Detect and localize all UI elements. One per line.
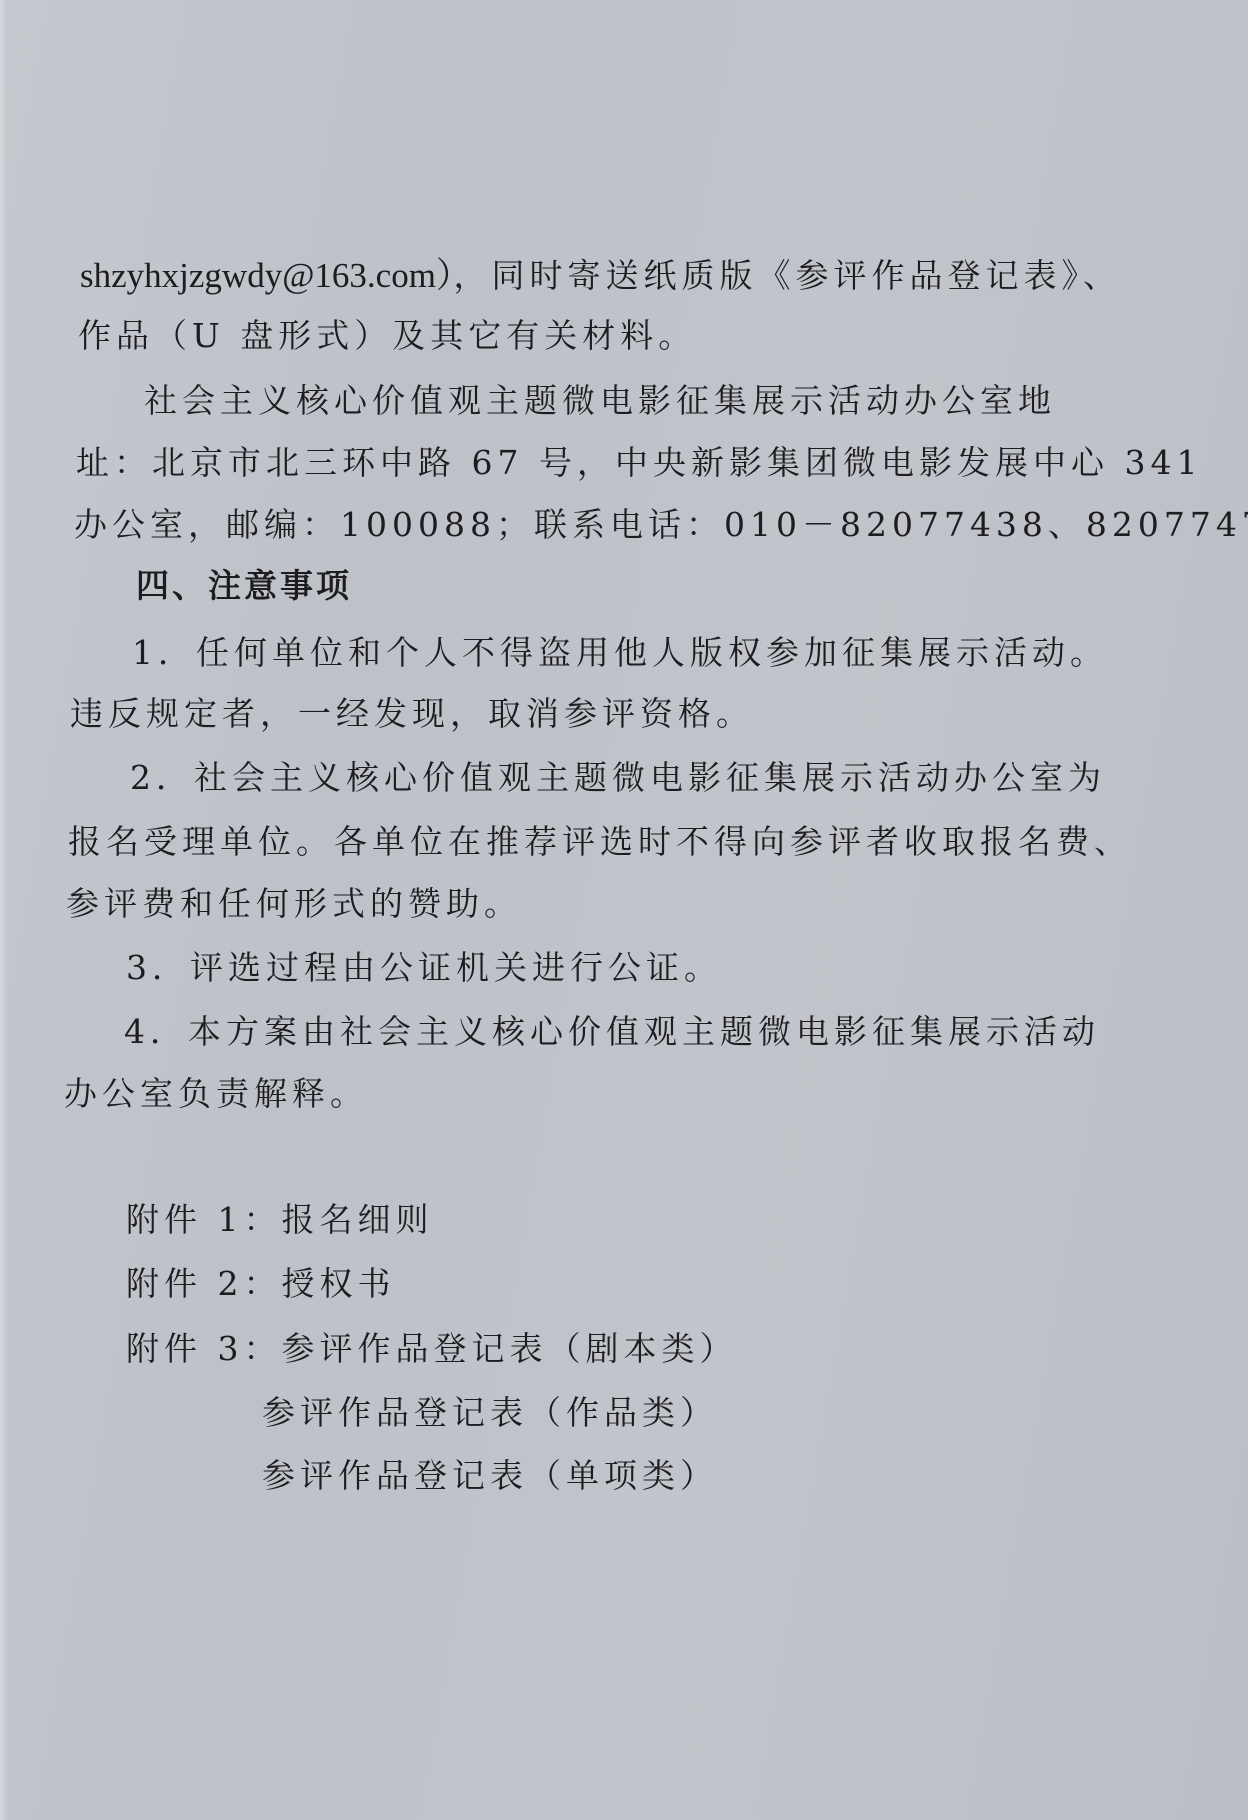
section-heading: 四、注意事项 <box>136 566 352 606</box>
attachment-2: 附件 2：授权书 <box>126 1264 396 1304</box>
note-1-line-1: 1．任何单位和个人不得盗用他人版权参加征集展示活动。 <box>132 633 1108 673</box>
note-2-line-2: 报名受理单位。各单位在推荐评选时不得向参评者收取报名费、 <box>68 822 1132 862</box>
paper-edge <box>0 0 8 1820</box>
note-4-line-2: 办公室负责解释。 <box>64 1074 368 1114</box>
note-1-line-2: 违反规定者，一经发现，取消参评资格。 <box>70 694 754 734</box>
address-line-3: 办公室，邮编：100088；联系电话：010－82077438、82077477… <box>74 505 1248 545</box>
attachment-1-label: 附件 1： <box>126 1200 282 1239</box>
attachment-3-form-single: 参评作品登记表（单项类） <box>262 1456 718 1496</box>
submission-email: shzyhxjzgwdy@163.com） <box>80 256 453 295</box>
materials-line-1-text: ，同时寄送纸质版《参评作品登记表》、 <box>453 256 1121 295</box>
attachment-3-label: 附件 3： <box>126 1329 282 1368</box>
attachment-2-title: 授权书 <box>282 1264 396 1303</box>
materials-line-2: 作品（U 盘形式）及其它有关材料。 <box>78 316 696 356</box>
attachment-3-form-works: 参评作品登记表（作品类） <box>262 1393 718 1433</box>
note-3-line-1: 3．评选过程由公证机关进行公证。 <box>126 948 722 988</box>
note-4-line-1: 4．本方案由社会主义核心价值观主题微电影征集展示活动 <box>124 1012 1100 1052</box>
attachment-2-label: 附件 2： <box>126 1264 282 1303</box>
materials-line-1: shzyhxjzgwdy@163.com），同时寄送纸质版《参评作品登记表》、 <box>80 256 1121 296</box>
address-line-1: 社会主义核心价值观主题微电影征集展示活动办公室地 <box>144 381 1056 421</box>
note-2-line-1: 2．社会主义核心价值观主题微电影征集展示活动办公室为 <box>130 758 1106 798</box>
address-line-2: 址：北京市北三环中路 67 号，中央新影集团微电影发展中心 341 <box>76 443 1202 483</box>
attachment-1: 附件 1：报名细则 <box>126 1200 434 1240</box>
attachment-1-title: 报名细则 <box>282 1200 434 1239</box>
note-2-line-3: 参评费和任何形式的赞助。 <box>66 884 522 924</box>
attachment-3: 附件 3：参评作品登记表（剧本类） <box>126 1329 738 1369</box>
attachment-3-title: 参评作品登记表（剧本类） <box>282 1329 738 1368</box>
